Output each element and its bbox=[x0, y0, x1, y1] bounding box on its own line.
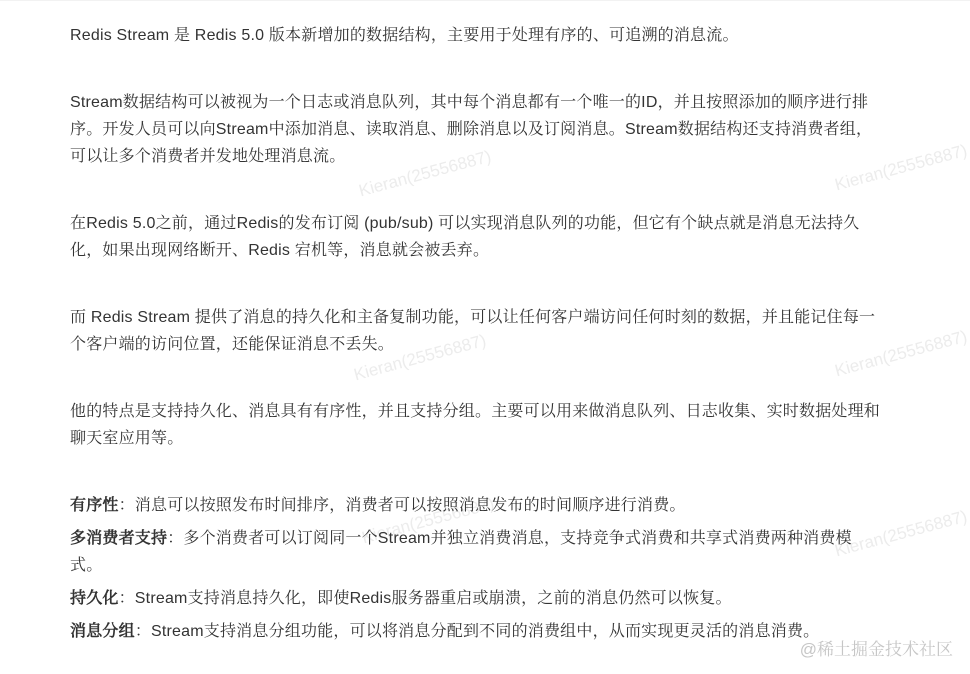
feature-text: ：Stream支持消息持久化，即使Redis服务器重启或崩溃，之前的消息仍然可以… bbox=[119, 590, 732, 607]
feature-text: ：Stream支持消息分组功能，可以将消息分配到不同的消费组中，从而实现更灵活的… bbox=[135, 623, 820, 640]
feature-text: ：消息可以按照发布时间排序，消费者可以按照消息发布的时间顺序进行消费。 bbox=[119, 497, 686, 514]
article-content: Redis Stream 是 Redis 5.0 版本新增加的数据结构，主要用于… bbox=[70, 1, 915, 651]
community-watermark: @稀土掘金技术社区 bbox=[800, 635, 953, 660]
paragraph-stream-structure: Stream数据结构可以被视为一个日志或消息队列，其中每个消息都有一个唯一的ID… bbox=[70, 89, 915, 170]
paragraph-pubsub-limitation: 在Redis 5.0之前，通过Redis的发布订阅 (pub/sub) 可以实现… bbox=[70, 210, 915, 264]
paragraph-persistence-replication: 而 Redis Stream 提供了消息的持久化和主备复制功能，可以让任何客户端… bbox=[70, 304, 915, 358]
paragraph-intro: Redis Stream 是 Redis 5.0 版本新增加的数据结构，主要用于… bbox=[70, 22, 915, 49]
feature-item-persistence: 持久化：Stream支持消息持久化，即使Redis服务器重启或崩溃，之前的消息仍… bbox=[70, 585, 915, 612]
feature-item-message-grouping: 消息分组：Stream支持消息分组功能，可以将消息分配到不同的消费组中，从而实现… bbox=[70, 618, 915, 645]
feature-label: 消息分组 bbox=[70, 623, 135, 640]
feature-item-multi-consumer: 多消费者支持：多个消费者可以订阅同一个Stream并独立消费消息，支持竞争式消费… bbox=[70, 525, 915, 579]
feature-text: ：多个消费者可以订阅同一个Stream并独立消费消息，支持竞争式消费和共享式消费… bbox=[70, 530, 852, 574]
feature-item-ordering: 有序性：消息可以按照发布时间排序，消费者可以按照消息发布的时间顺序进行消费。 bbox=[70, 492, 915, 519]
feature-label: 有序性 bbox=[70, 497, 119, 514]
feature-label: 持久化 bbox=[70, 590, 119, 607]
feature-label: 多消费者支持 bbox=[70, 530, 167, 547]
paragraph-characteristics: 他的特点是支持持久化、消息具有有序性，并且支持分组。主要可以用来做消息队列、日志… bbox=[70, 398, 915, 452]
